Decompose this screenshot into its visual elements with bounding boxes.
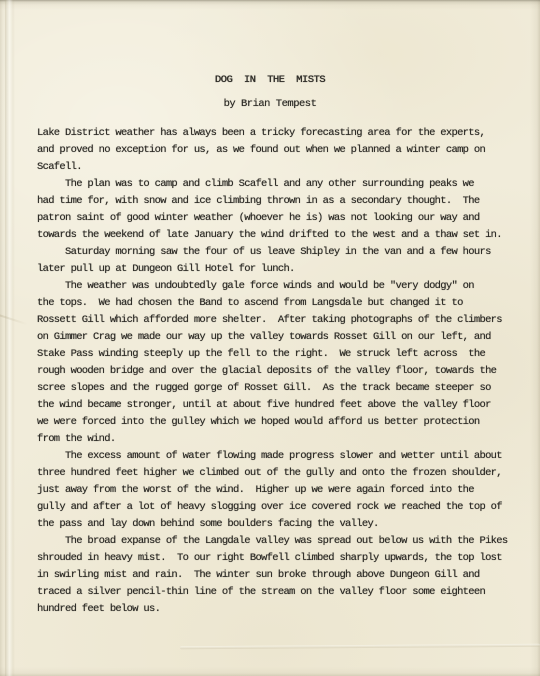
typewritten-page: DOG IN THE MISTS by Brian Tempest Lake D… [0,0,540,676]
byline: by Brian Tempest [0,98,540,110]
paragraph-weather: The weather was undoubtedly gale force w… [37,278,515,448]
paragraph-saturday: Saturday morning saw the four of us leav… [37,244,515,278]
paragraph-langdale-view: The broad expanse of the Langdale valley… [37,533,515,618]
paragraph-excess-water: The excess amount of water flowing made … [37,448,515,533]
paragraph-intro: Lake District weather has always been a … [37,125,515,176]
page-title: DOG IN THE MISTS [0,74,540,86]
paragraph-plan: The plan was to camp and climb Scafell a… [37,176,515,244]
paper-crease-diagonal [0,313,27,325]
paper-crease-bottom [180,644,540,650]
document-body: Lake District weather has always been a … [37,125,515,618]
